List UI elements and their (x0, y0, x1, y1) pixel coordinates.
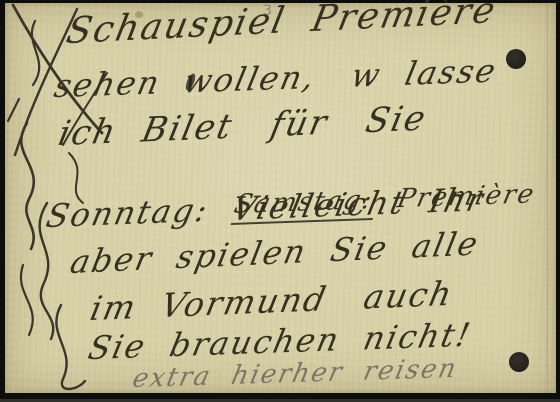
punch-hole-bottom-icon (509, 352, 529, 372)
scanned-postcard: 3 Schauspiel Première sehen wollen, w la… (0, 0, 560, 402)
paper-stain (135, 11, 143, 18)
postcard-paper: 3 Schauspiel Première sehen wollen, w la… (5, 3, 556, 393)
handwriting-line-1: Schauspiel Première (63, 0, 499, 50)
paper-crease (547, 3, 548, 393)
punch-hole-top-icon (506, 49, 526, 69)
